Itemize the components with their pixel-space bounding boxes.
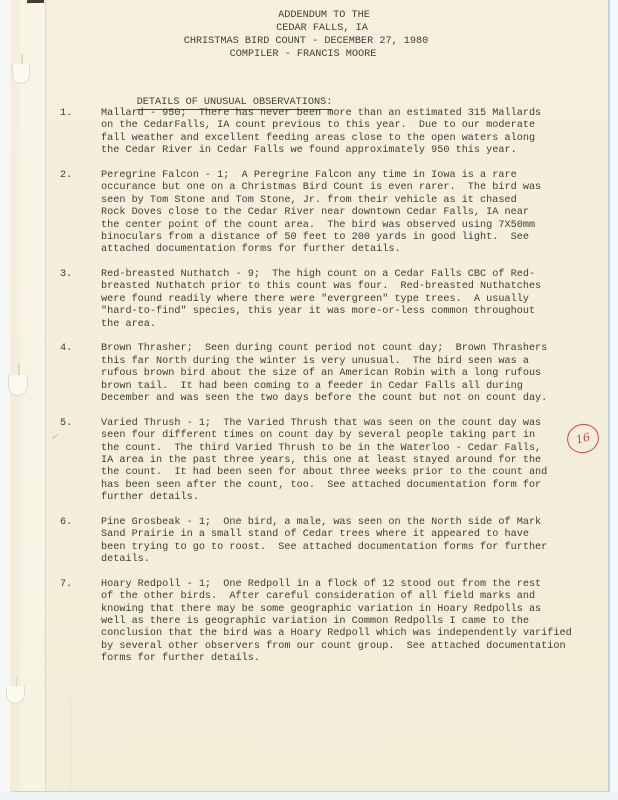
text-line: details. xyxy=(101,554,600,566)
item-text: Brown Thrasher; Seen during count period… xyxy=(101,343,600,405)
scanned-page: ADDENDUM TO THECEDAR FALLS, IACHRISTMAS … xyxy=(0,0,618,800)
paper-crease-line-short xyxy=(70,698,71,791)
text-line: the count. It had been seen for about th… xyxy=(101,467,600,479)
observation-list: 1.Mallard - 950; There has never been mo… xyxy=(60,108,600,678)
paper-curl-mark xyxy=(6,676,25,704)
text-line: December and was seen the two days befor… xyxy=(101,393,600,405)
text-line: rufous brown bird about the size of an A… xyxy=(101,368,600,380)
text-line: occurance but one on a Christmas Bird Co… xyxy=(101,182,600,194)
scanner-background-bottom xyxy=(0,792,618,800)
observation-item: 5.Varied Thrush - 1; The Varied Thrush t… xyxy=(60,418,600,505)
paper-sheet: ADDENDUM TO THECEDAR FALLS, IACHRISTMAS … xyxy=(10,0,608,792)
observation-item: 6.Pine Grosbeak - 1; One bird, a male, w… xyxy=(60,517,600,567)
item-number: 5. xyxy=(60,418,101,505)
item-text: Red-breasted Nuthatch - 9; The high coun… xyxy=(101,269,600,331)
item-number: 1. xyxy=(60,108,101,158)
text-line: knowing that there may be some geographi… xyxy=(101,604,600,616)
text-line: breasted Nuthatch prior to this count wa… xyxy=(101,281,600,293)
text-line: by several other observers from our coun… xyxy=(101,641,600,653)
item-number: 7. xyxy=(60,579,101,666)
text-line: Red-breasted Nuthatch - 9; The high coun… xyxy=(101,269,600,281)
text-line: Sand Prairie in a small stand of Cedar t… xyxy=(101,529,600,541)
item-text: Pine Grosbeak - 1; One bird, a male, was… xyxy=(101,517,600,567)
text-line: brown tail. It had been coming to a feed… xyxy=(101,381,600,393)
text-line: the count. The third Varied Thrush to be… xyxy=(101,443,600,455)
text-line: has been seen after the count, too. See … xyxy=(101,480,600,492)
text-line: were found readily where there were "eve… xyxy=(101,294,600,306)
text-line: Mallard - 950; There has never been more… xyxy=(101,108,600,120)
item-text: Hoary Redpoll - 1; One Redpoll in a floc… xyxy=(101,579,600,666)
observation-item: 7.Hoary Redpoll - 1; One Redpoll in a fl… xyxy=(60,579,600,666)
title-line: CHRISTMAS BIRD COUNT - DECEMBER 27, 1980 xyxy=(86,35,526,48)
scanner-background-right xyxy=(610,0,618,800)
text-line: been trying to go to roost. See attached… xyxy=(101,542,600,554)
text-line: Rock Doves close to the Cedar River near… xyxy=(101,207,600,219)
red-circled-number: 16 xyxy=(575,430,592,446)
text-line: of the other birds. After careful consid… xyxy=(101,591,600,603)
title-line: CEDAR FALLS, IA xyxy=(102,22,542,35)
text-line: Brown Thrasher; Seen during count period… xyxy=(101,343,600,355)
observation-item: 2.Peregrine Falcon - 1; A Peregrine Falc… xyxy=(60,170,600,257)
pencil-checkmark: ✓ xyxy=(50,431,60,443)
paper-curl-mark xyxy=(12,54,30,84)
text-line: on the CedarFalls, IA count previous to … xyxy=(101,120,600,132)
text-line: the area. xyxy=(101,319,600,331)
text-line: attached documentation forms for further… xyxy=(101,244,600,256)
title-line: ADDENDUM TO THE xyxy=(104,9,544,22)
text-line: conclusion that the bird was a Hoary Red… xyxy=(101,628,600,640)
text-line: the Cedar River in Cedar Falls we found … xyxy=(101,145,600,157)
text-line: "hard-to-find" species, this year it was… xyxy=(101,306,600,318)
text-line: well as there is geographic variation in… xyxy=(101,616,600,628)
text-line: fall weather and excellent feeding areas… xyxy=(101,133,600,145)
title-line: COMPILER - FRANCIS MOORE xyxy=(83,48,523,61)
text-line: IA area in the past three years, this on… xyxy=(101,455,600,467)
paper-crease-line xyxy=(45,0,46,791)
item-text: Mallard - 950; There has never been more… xyxy=(101,108,600,158)
item-text: Peregrine Falcon - 1; A Peregrine Falcon… xyxy=(101,170,600,257)
scan-artifact-mark xyxy=(27,0,44,3)
text-line: this far North during the winter is very… xyxy=(101,356,600,368)
item-number: 2. xyxy=(60,170,101,257)
observation-item: 1.Mallard - 950; There has never been mo… xyxy=(60,108,600,158)
text-line: forms for further details. xyxy=(101,653,600,665)
text-line: Hoary Redpoll - 1; One Redpoll in a floc… xyxy=(101,579,600,591)
item-number: 3. xyxy=(60,269,101,331)
text-line: Pine Grosbeak - 1; One bird, a male, was… xyxy=(101,517,600,529)
document-header: ADDENDUM TO THECEDAR FALLS, IACHRISTMAS … xyxy=(90,9,530,61)
observation-item: 4.Brown Thrasher; Seen during count peri… xyxy=(60,343,600,405)
text-line: Peregrine Falcon - 1; A Peregrine Falcon… xyxy=(101,170,600,182)
text-line: binoculars from a distance of 50 feet to… xyxy=(101,232,600,244)
text-line: further details. xyxy=(101,492,600,504)
text-line: seen by Tom Stone and Tom Stone, Jr. fro… xyxy=(101,195,600,207)
item-number: 6. xyxy=(60,517,101,567)
text-line: seen four different times on count day b… xyxy=(101,430,600,442)
observation-item: 3.Red-breasted Nuthatch - 9; The high co… xyxy=(60,269,600,331)
item-text: Varied Thrush - 1; The Varied Thrush tha… xyxy=(101,418,600,505)
paper-curl-mark xyxy=(8,364,28,396)
text-line: the center point of the count area. The … xyxy=(101,220,600,232)
text-line: Varied Thrush - 1; The Varied Thrush tha… xyxy=(101,418,600,430)
item-number: 4. xyxy=(60,343,101,405)
